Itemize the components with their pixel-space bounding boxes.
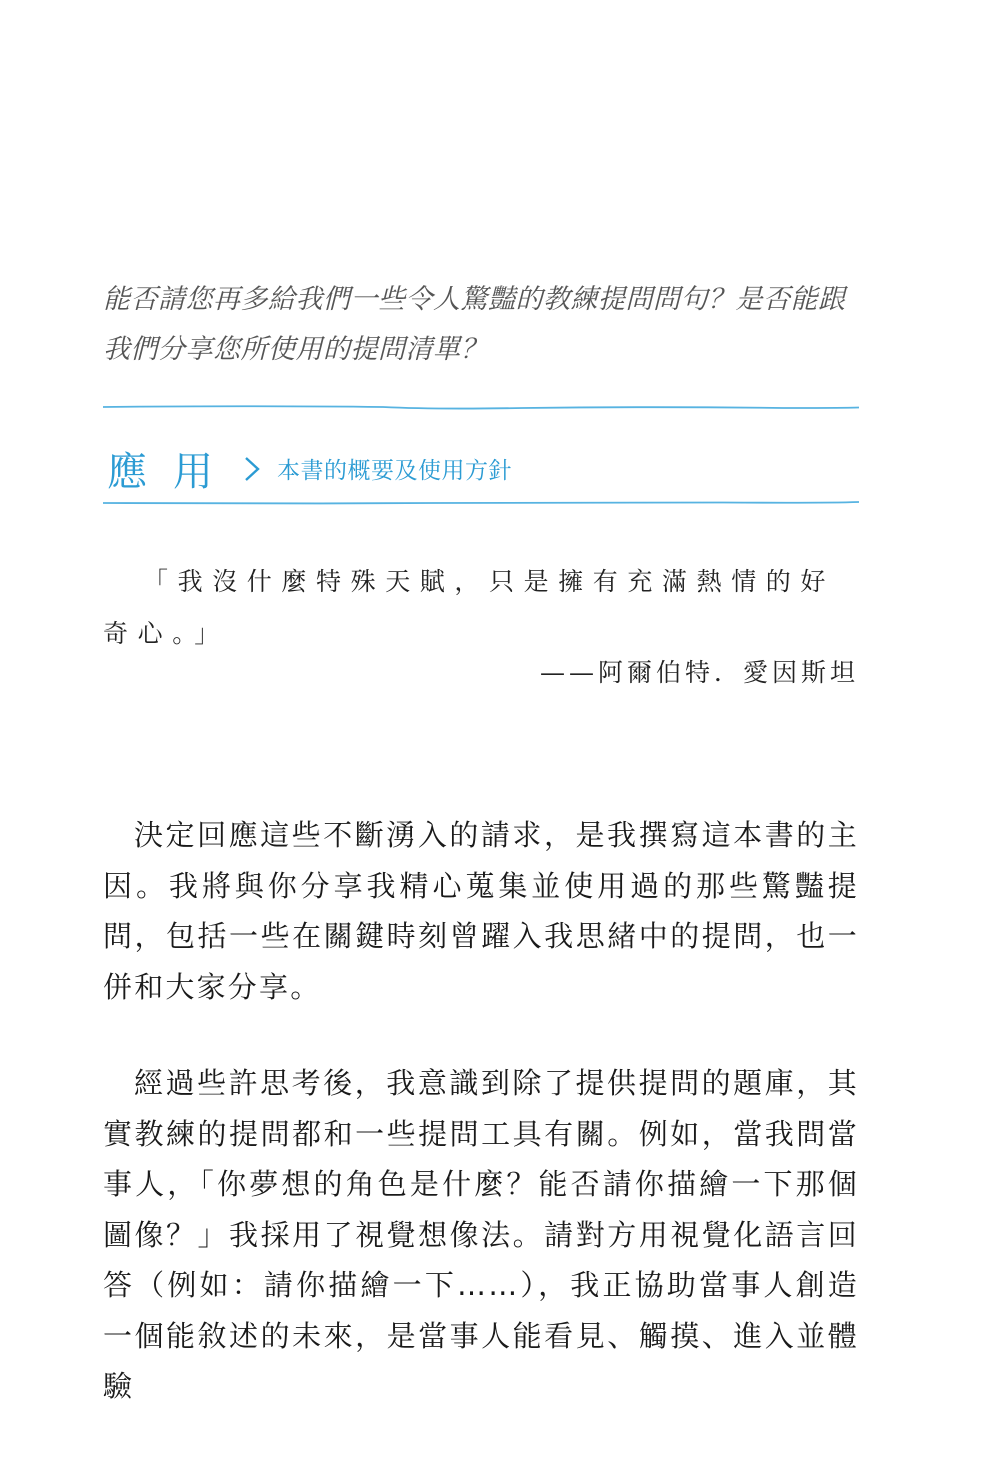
epigraph: 「我沒什麼特殊天賦，只是擁有充滿熱情的好奇心。」 bbox=[103, 556, 859, 660]
body-paragraph: 經過些許思考後，我意識到除了提供提問的題庫，其實教練的提問都和一些提問工具有關。… bbox=[103, 1058, 859, 1412]
epigraph-attribution: ——阿爾伯特．愛因斯坦 bbox=[540, 653, 859, 689]
section-divider-top bbox=[103, 405, 859, 411]
body-paragraph: 決定回應這些不斷湧入的請求，是我撰寫這本書的主因。我將與你分享我精心蒐集並使用過… bbox=[103, 810, 859, 1012]
chevron-right-icon bbox=[241, 454, 263, 484]
section-divider-bottom bbox=[103, 500, 859, 506]
section-label: 應用 bbox=[107, 440, 239, 497]
section-heading: 應用 本書的概要及使用方針 bbox=[107, 440, 512, 497]
section-subtitle: 本書的概要及使用方針 bbox=[277, 452, 512, 485]
reader-question: 能否請您再多給我們一些令人驚豔的教練提問問句？是否能跟我們分享您所使用的提問清單… bbox=[103, 275, 859, 375]
epigraph-text: 「我沒什麼特殊天賦，只是擁有充滿熱情的好奇心。」 bbox=[103, 556, 859, 660]
